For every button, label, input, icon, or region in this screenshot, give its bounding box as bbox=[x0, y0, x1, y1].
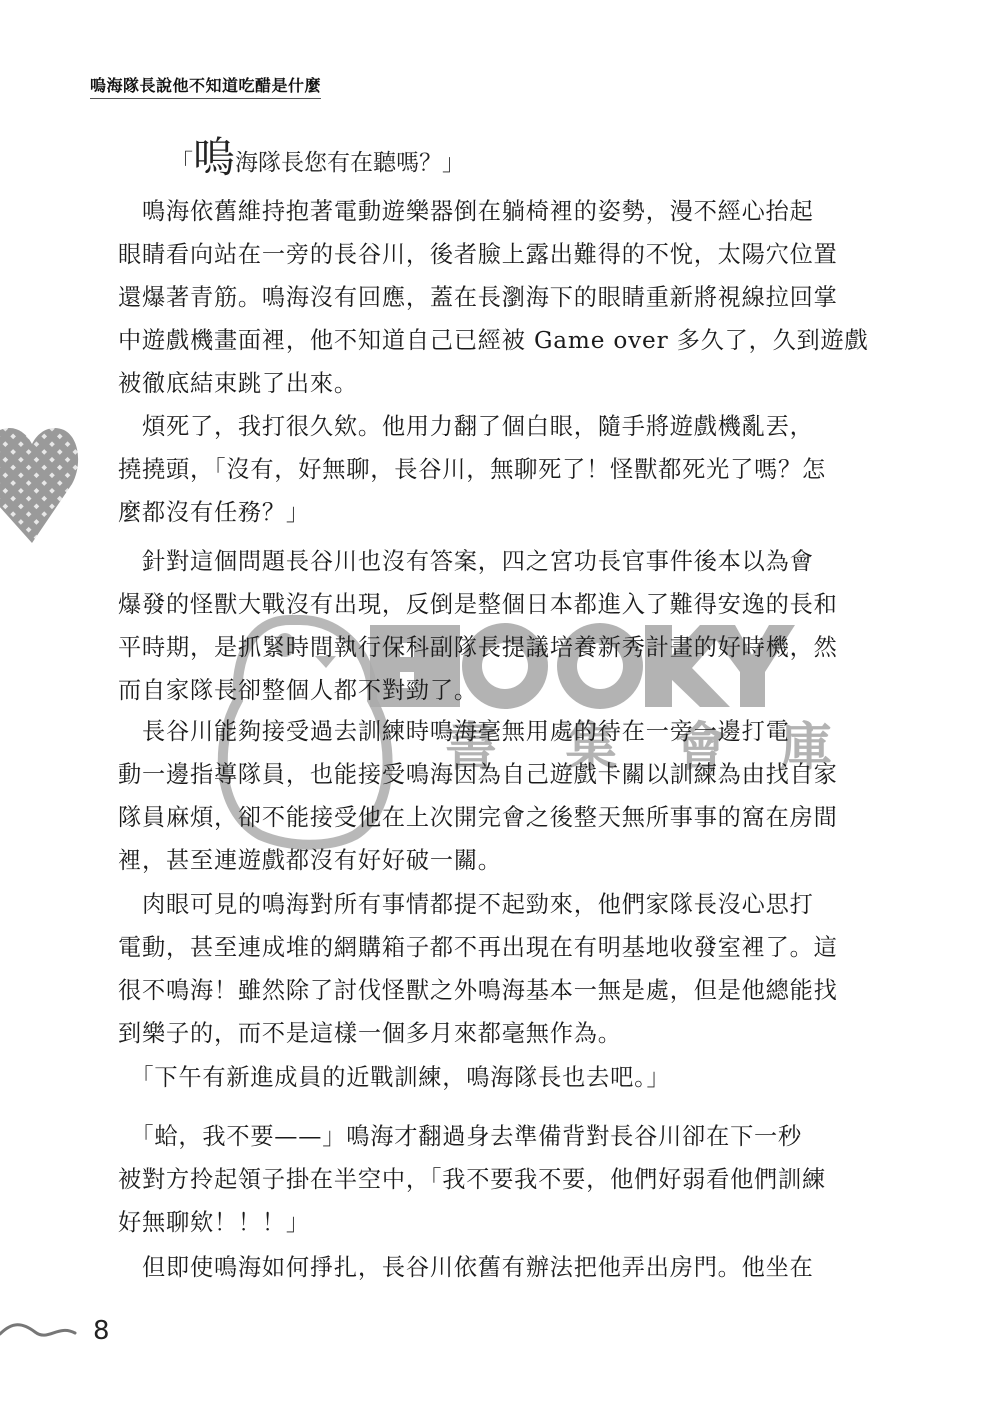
text-line: 肉眼可見的鳴海對所有事情都提不起勁來，他們家隊長沒心思打 bbox=[118, 891, 842, 919]
opening-line: 「嗚海隊長您有在聽嗎？」 bbox=[170, 134, 465, 187]
text-line: 到樂子的，而不是這樣一個多月來都毫無作為。 bbox=[118, 1020, 842, 1048]
open-quote: 「 bbox=[170, 150, 193, 176]
text-line: 「蛤，我不要——」鳴海才翻過身去準備背對長谷川卻在下一秒 bbox=[118, 1123, 842, 1151]
page-number: 8 bbox=[93, 1316, 110, 1346]
text-line: 好無聊欸！！！」 bbox=[118, 1209, 842, 1237]
text-line: 但即使鳴海如何掙扎，長谷川依舊有辦法把他弄出房門。他坐在 bbox=[118, 1254, 842, 1282]
drop-cap: 嗚 bbox=[193, 133, 235, 182]
text-line: 而自家隊長卻整個人都不對勁了。 bbox=[118, 677, 842, 705]
wave-ornament-icon bbox=[0, 1320, 80, 1340]
text-line: 隊員麻煩，卻不能接受他在上次開完會之後整天無所事事的窩在房間 bbox=[118, 804, 842, 832]
text-line: 動一邊指導隊員，也能接受鳴海因為自己遊戲卡關以訓練為由找自家 bbox=[118, 761, 842, 789]
text-line: 麼都沒有任務？」 bbox=[118, 499, 842, 527]
opening-rest: 海隊長您有在聽嗎？」 bbox=[235, 150, 465, 176]
text-line: 針對這個問題長谷川也沒有答案，四之宮功長官事件後本以為會 bbox=[118, 548, 842, 576]
text-line: 中遊戲機畫面裡，他不知道自己已經被 Game over 多久了，久到遊戲 bbox=[118, 327, 842, 355]
text-line: 長谷川能夠接受過去訓練時鳴海毫無用處的待在一旁一邊打電 bbox=[118, 718, 842, 746]
text-line: 「下午有新進成員的近戰訓練，鳴海隊長也去吧。」 bbox=[118, 1064, 842, 1092]
text-line: 平時期，是抓緊時間執行保科副隊長提議培養新秀計畫的好時機，然 bbox=[118, 634, 842, 662]
text-line: 煩死了，我打很久欸。他用力翻了個白眼，隨手將遊戲機亂丟， bbox=[118, 413, 842, 441]
chapter-title: 嗚海隊長說他不知道吃醋是什麼 bbox=[90, 76, 321, 99]
text-line: 還爆著青筋。鳴海沒有回應，蓋在長瀏海下的眼睛重新將視線拉回掌 bbox=[118, 284, 842, 312]
text-line: 被徹底結束跳了出來。 bbox=[118, 370, 842, 398]
text-line: 裡，甚至連遊戲都沒有好好破一關。 bbox=[118, 847, 842, 875]
text-line: 眼睛看向站在一旁的長谷川，後者臉上露出難得的不悅，太陽穴位置 bbox=[118, 241, 842, 269]
text-line: 很不鳴海！雖然除了討伐怪獸之外鳴海基本一無是處，但是他總能找 bbox=[118, 977, 842, 1005]
text-line: 爆發的怪獸大戰沒有出現，反倒是整個日本都進入了難得安逸的長和 bbox=[118, 591, 842, 619]
text-line: 鳴海依舊維持抱著電動遊樂器倒在躺椅裡的姿勢，漫不經心抬起 bbox=[118, 198, 842, 226]
text-line: 撓撓頭，「沒有，好無聊，長谷川，無聊死了！怪獸都死光了嗎？怎 bbox=[118, 456, 842, 484]
text-line: 被對方拎起領子掛在半空中，「我不要我不要，他們好弱看他們訓練 bbox=[118, 1166, 842, 1194]
text-line: 電動，甚至連成堆的網購箱子都不再出現在有明基地收發室裡了。這 bbox=[118, 934, 842, 962]
